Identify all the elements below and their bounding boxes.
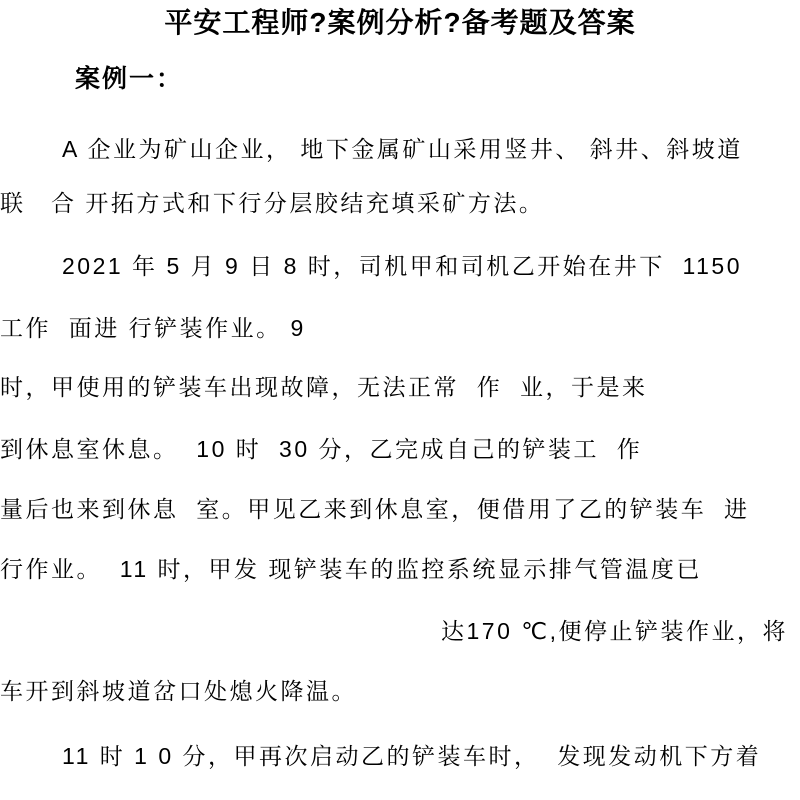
body-line-1: A 企业为矿山企业， 地下金属矿山采用竖井、 斜井、斜坡道 [0, 134, 795, 164]
body-line-11: 11 时 1 0 分，甲再次启动乙的铲装车时， 发现发动机下方着 [0, 741, 795, 771]
body-line-6: 到休息室休息。 10 时 30 分，乙完成自己的铲装工 作 [0, 434, 795, 464]
case-one-heading: 案例一： [75, 63, 183, 95]
body-line-4: 工作 面进 行铲装作业。 9 [0, 313, 795, 343]
body-line-8: 行作业。 11 时，甲发 现铲装车的监控系统显示排气管温度已 [0, 554, 795, 584]
body-line-5: 时，甲使用的铲装车出现故障，无法正常 作 业，于是来 [0, 372, 795, 402]
body-line-2: 联 合 开拓方式和下行分层胶结充填采矿方法。 [0, 188, 795, 218]
document-page: 平安工程师?案例分析?备考题及答案 案例一： A 企业为矿山企业， 地下金属矿山… [0, 0, 800, 800]
body-line-9-temperature: 达170 ℃,便停止铲装作业，将 [441, 616, 788, 646]
document-title: 平安工程师?案例分析?备考题及答案 [0, 6, 800, 40]
body-line-10: 车开到斜坡道岔口处熄火降温。 [0, 676, 795, 706]
body-line-3: 2021 年 5 月 9 日 8 时，司机甲和司机乙开始在井下 1150 [0, 251, 795, 281]
body-line-7: 量后也来到休息 室。甲见乙来到休息室，便借用了乙的铲装车 进 [0, 494, 795, 524]
